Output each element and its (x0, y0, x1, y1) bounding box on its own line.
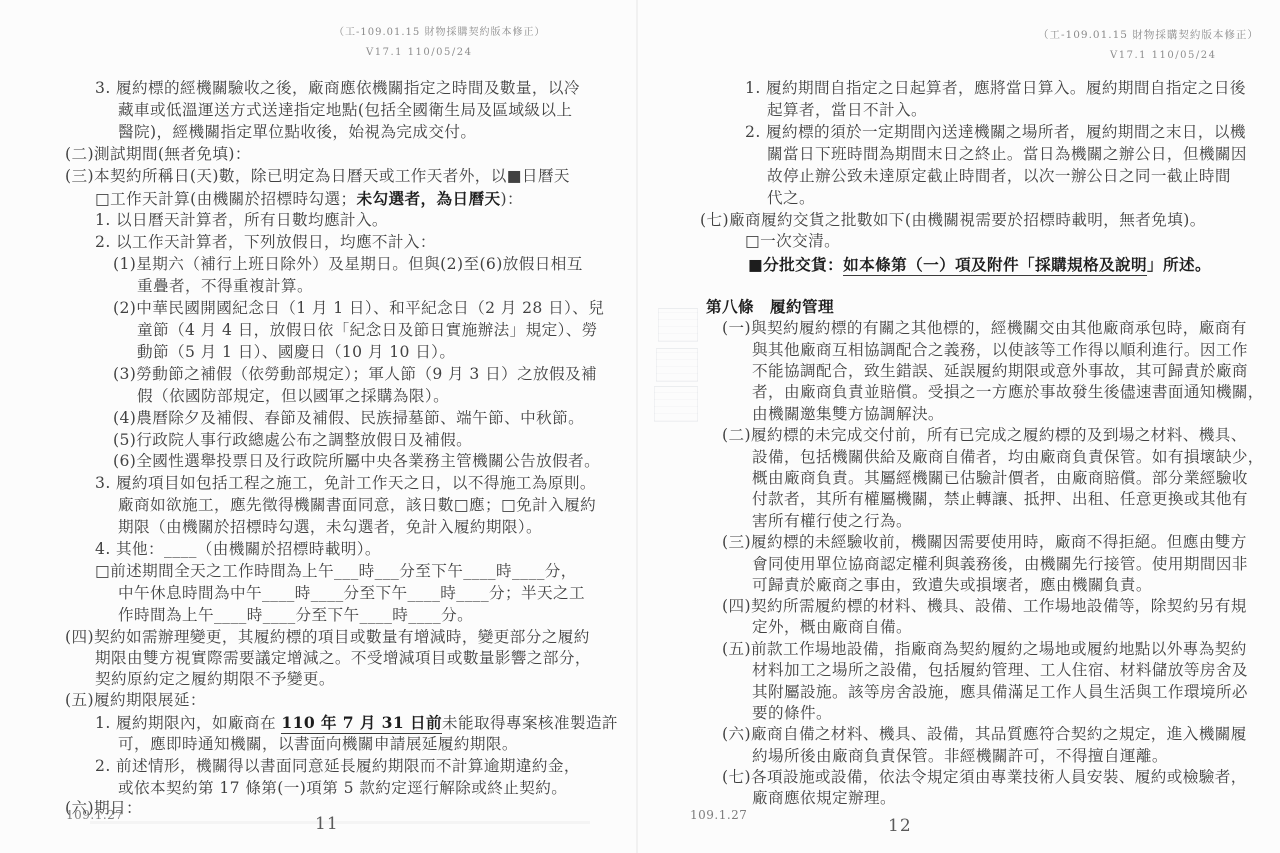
text-line: ■分批交貨：如本條第（一）項及附件「採購規格及說明」所述。 (748, 254, 1211, 276)
footer-date: 109.1.27 (690, 808, 747, 822)
text-line: 會同使用單位協商認定權利與義務後，由機關先行接管。使用期間因非 (752, 554, 1248, 575)
text-line: 定外，概由廠商自備。 (752, 617, 912, 638)
text-line: (二)履約標的未完成交付前，所有已完成之履約標的及到場之材料、機具、 (722, 425, 1247, 446)
text-line: 材料加工之場所之設備，包括履約管理、工人住宿、材料儲放等房舍及 (752, 660, 1248, 681)
page-12-lines: 1. 履約期間自指定之日起算者，應將當日算入。履約期間自指定之日後起算者，當日不… (0, 0, 1280, 853)
scan-shadow (90, 821, 590, 824)
text-line: 害所有權行使之行為。 (752, 511, 912, 532)
text-line: 其附屬設施。該等房舍設施，應具備滿足工作人員生活與工作環境所必 (752, 682, 1248, 703)
bleed-through-artifact (654, 386, 698, 422)
text-line: 由機關邀集雙方協調解決。 (752, 404, 944, 425)
page-number: 12 (888, 816, 912, 836)
text-line: (七)廠商履約交貨之批數如下(由機關視需要於招標時載明，無者免填)。 (700, 210, 1206, 231)
text-line: (四)契約所需履約標的材料、機具、設備、工作場地設備等，除契約另有規 (722, 596, 1247, 617)
text-line: 要的條件。 (752, 703, 832, 724)
text-line: 關當日下班時間為期間末日之終止。當日為機關之辦公日，但機關因 (767, 144, 1247, 165)
text-line: 第八條 履約管理 (706, 296, 834, 318)
text-line: 廠商應依規定辦理。 (752, 788, 896, 809)
text-line: 者，由廠商負責並賠償。受損之一方應於事故發生後儘速書面通知機關， (752, 382, 1264, 403)
text-line: 可歸責於廠商之事由，致遺失或損壞者，應由機關負責。 (752, 575, 1152, 596)
text-line: □一次交清。 (745, 231, 840, 252)
text-line: 約場所後由廠商負責保管。非經機關許可，不得擅自運離。 (752, 746, 1168, 767)
text-line: 2. 履約標的須於一定期間內送達機關之場所者，履約期間之末日，以機 (745, 122, 1246, 143)
footer-date: 109.1.27 (66, 808, 123, 822)
text-line: (一)與契約履約標的有關之其他標的，經機關交由其他廠商承包時，廠商有 (722, 318, 1247, 339)
text-line: (五)前款工作場地設備，指廠商為契約履約之場地或履約地點以外專為契約 (722, 639, 1247, 660)
bleed-through-artifact (656, 348, 698, 382)
text-line: 起算者，當日不計入。 (767, 100, 927, 121)
document-canvas: （工-109.01.15 財物採購契約版本修正） V17.1 110/05/24… (0, 0, 1280, 853)
text-line: (三)履約標的未經驗收前，機關因需要使用時，廠商不得拒絕。但應由雙方 (722, 532, 1247, 553)
text-line: 與其他廠商互相協調配合之義務，以使該等工作得以順利進行。因工作 (752, 340, 1248, 361)
text-line: 不能協調配合，致生錯誤、延誤履約期限或意外事故，其可歸責於廠商 (752, 361, 1248, 382)
text-line: 代之。 (767, 188, 815, 209)
text-line: 故停止辦公致未達原定截止時間者，以次一辦公日之同一截止時間 (767, 166, 1231, 187)
text-line: 概由廠商負責。其屬經機關已估驗計價者，由廠商賠償。部分業經驗收 (752, 468, 1248, 489)
text-line: 付款者，其所有權屬機關，禁止轉讓、抵押、出租、任意更換或其他有 (752, 489, 1248, 510)
text-line: (六)廠商自備之材料、機具、設備，其品質應符合契約之規定，進入機關履 (722, 724, 1247, 745)
text-line: 設備，包括機關供給及廠商自備者，均由廠商負責保管。如有損壞缺少， (752, 447, 1264, 468)
text-line: (七)各項設施或設備，依法令規定須由專業技術人員安裝、履約或檢驗者， (722, 767, 1247, 788)
text-line: 1. 履約期間自指定之日起算者，應將當日算入。履約期間自指定之日後 (745, 78, 1246, 99)
bleed-through-artifact (658, 308, 698, 342)
page-number: 11 (315, 814, 339, 834)
